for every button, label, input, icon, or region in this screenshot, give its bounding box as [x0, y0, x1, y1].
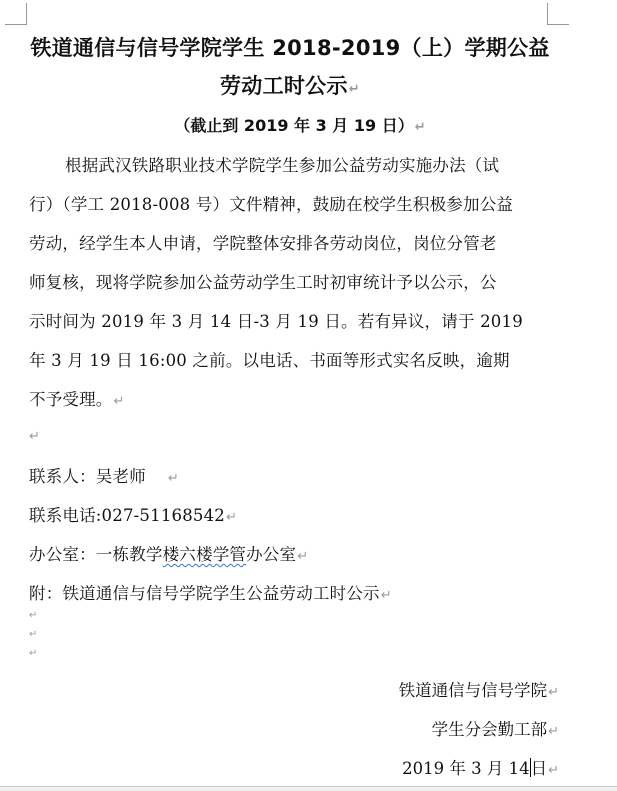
paragraph-mark-icon: ↵	[297, 549, 308, 564]
empty-paragraph[interactable]: ↵	[29, 610, 38, 621]
paragraph-mark-icon: ↵	[349, 82, 360, 97]
body-line-3[interactable]: 劳动，经学生本人申请，学院整体安排各劳动岗位，岗位分管老	[29, 230, 497, 254]
empty-paragraph[interactable]: ↵	[29, 425, 40, 444]
paragraph-mark-icon: ↵	[168, 471, 179, 486]
paragraph-mark-icon: ↵	[548, 763, 559, 778]
body-line-7[interactable]: 不予受理。↵	[29, 386, 125, 410]
body-line-1[interactable]: 根据武汉铁路职业技术学院学生参加公益劳动实施办法（试	[65, 152, 499, 176]
signature-dept[interactable]: 学生分会勤工部↵	[432, 716, 559, 740]
body-line-2[interactable]: 行）（学工 2018-008 号）文件精神，鼓励在校学生积极参加公益	[29, 191, 513, 215]
body-line-4[interactable]: 师复核，现将学院参加公益劳动学生工时初审统计予以公示，公	[29, 269, 497, 293]
paragraph-mark-icon: ↵	[381, 588, 392, 603]
page-corner-mark-top-left	[5, 3, 27, 25]
empty-paragraph[interactable]: ↵	[29, 648, 38, 659]
paragraph-mark-icon: ↵	[548, 685, 559, 700]
document-title-line-1[interactable]: 铁道通信与信号学院学生 2018-2019（上）学期公益	[0, 32, 580, 62]
office-line[interactable]: 办公室：一栋教学楼六楼学管办公室↵	[29, 541, 308, 565]
spellcheck-underline[interactable]: 楼六楼学管	[163, 545, 247, 564]
contact-phone-line[interactable]: 联系电话:027-51168542↵	[29, 502, 237, 526]
paragraph-mark-icon: ↵	[548, 724, 559, 739]
signature-org[interactable]: 铁道通信与信号学院↵	[399, 677, 559, 701]
paragraph-mark-icon: ↵	[415, 120, 426, 135]
paragraph-mark-icon: ↵	[29, 429, 40, 444]
attachment-line[interactable]: 附：铁道通信与信号学院学生公益劳动工时公示↵	[29, 580, 392, 604]
paragraph-mark-icon: ↵	[29, 629, 38, 640]
body-line-5[interactable]: 示时间为 2019 年 3 月 14 日-3 月 19 日。若有异议，请于 20…	[29, 308, 523, 332]
document-subtitle[interactable]: （截止到 2019 年 3 月 19 日）↵	[0, 113, 600, 136]
contact-person-line[interactable]: 联系人：吴老师↵	[29, 463, 179, 487]
signature-date[interactable]: 2019 年 3 月 14日↵	[402, 755, 559, 779]
document-title-line-2[interactable]: 劳动工时公示↵	[0, 70, 580, 100]
page-bottom-edge	[0, 786, 617, 791]
paragraph-mark-icon: ↵	[29, 610, 38, 621]
empty-paragraph[interactable]: ↵	[29, 629, 38, 640]
paragraph-mark-icon: ↵	[226, 510, 237, 525]
paragraph-mark-icon: ↵	[29, 648, 38, 659]
page-corner-mark-top-right	[547, 3, 569, 25]
paragraph-mark-icon: ↵	[114, 394, 125, 409]
body-line-6[interactable]: 年 3 月 19 日 16:00 之前。以电话、书面等形式实名反映，逾期	[29, 347, 510, 371]
